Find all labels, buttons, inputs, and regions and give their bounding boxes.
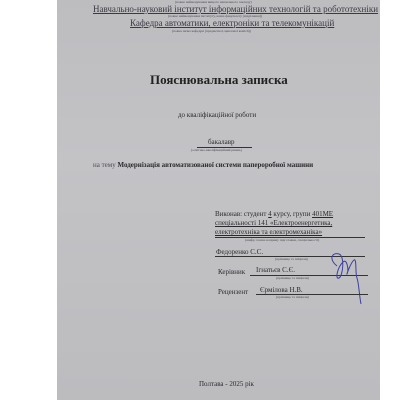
supervisor-label: Керівник bbox=[218, 268, 245, 276]
institute-name: Навчально-науковий інститут інформаційни… bbox=[93, 4, 378, 14]
specialty-caption: (шифр і назва напряму підготовки, спеціа… bbox=[245, 238, 319, 242]
footer-city-year: Полтава - 2025 рік bbox=[199, 380, 254, 388]
executor-line-1: Виконав: студент 4 курсу, групи 401МЕ bbox=[215, 210, 333, 218]
document-page bbox=[57, 0, 380, 400]
executor-mid-text: курсу, групи bbox=[273, 210, 310, 218]
specialty-line-3: електротехніка та електромеханіка» bbox=[215, 228, 322, 236]
signature-icon bbox=[327, 248, 367, 308]
supervisor-name: Ігнатьєв С.Є. bbox=[256, 266, 295, 274]
student-name-caption: (прізвище та ініціали) bbox=[275, 257, 308, 261]
reviewer-rule bbox=[256, 294, 368, 295]
department-name: Кафедра автоматики, електроніки та телек… bbox=[130, 18, 334, 28]
course-number: 4 bbox=[268, 210, 272, 218]
subtitle: до кваліфікаційної роботи bbox=[178, 111, 256, 119]
student-name: Федоренко С.С. bbox=[216, 248, 263, 256]
reviewer-caption: (прізвище та ініціали) bbox=[276, 295, 309, 299]
executor-label: Виконав: студент bbox=[215, 210, 266, 218]
reviewer-name: Єрмілова Н.В. bbox=[260, 286, 303, 294]
degree-caption: (освітньо-кваліфікаційний рівень) bbox=[191, 148, 242, 152]
group-code: 401МЕ bbox=[312, 210, 333, 218]
topic-value: Модернізація автоматизованої системи пап… bbox=[117, 161, 313, 169]
page-title: Пояснювальна записка bbox=[150, 72, 288, 88]
degree-value: бакалавр bbox=[208, 138, 235, 146]
reviewer-label: Рецензент bbox=[218, 288, 248, 296]
topic-prefix: на тему bbox=[93, 161, 116, 169]
specialty-line-2: спеціальності 141 «Електроенергетика, bbox=[215, 219, 332, 227]
department-caption: (повна назва кафедри (предметної, циклов… bbox=[172, 29, 251, 33]
topic-line: на тему Модернізація автоматизованої сис… bbox=[93, 161, 313, 169]
supervisor-caption: (прізвище та ініціали) bbox=[276, 276, 309, 280]
